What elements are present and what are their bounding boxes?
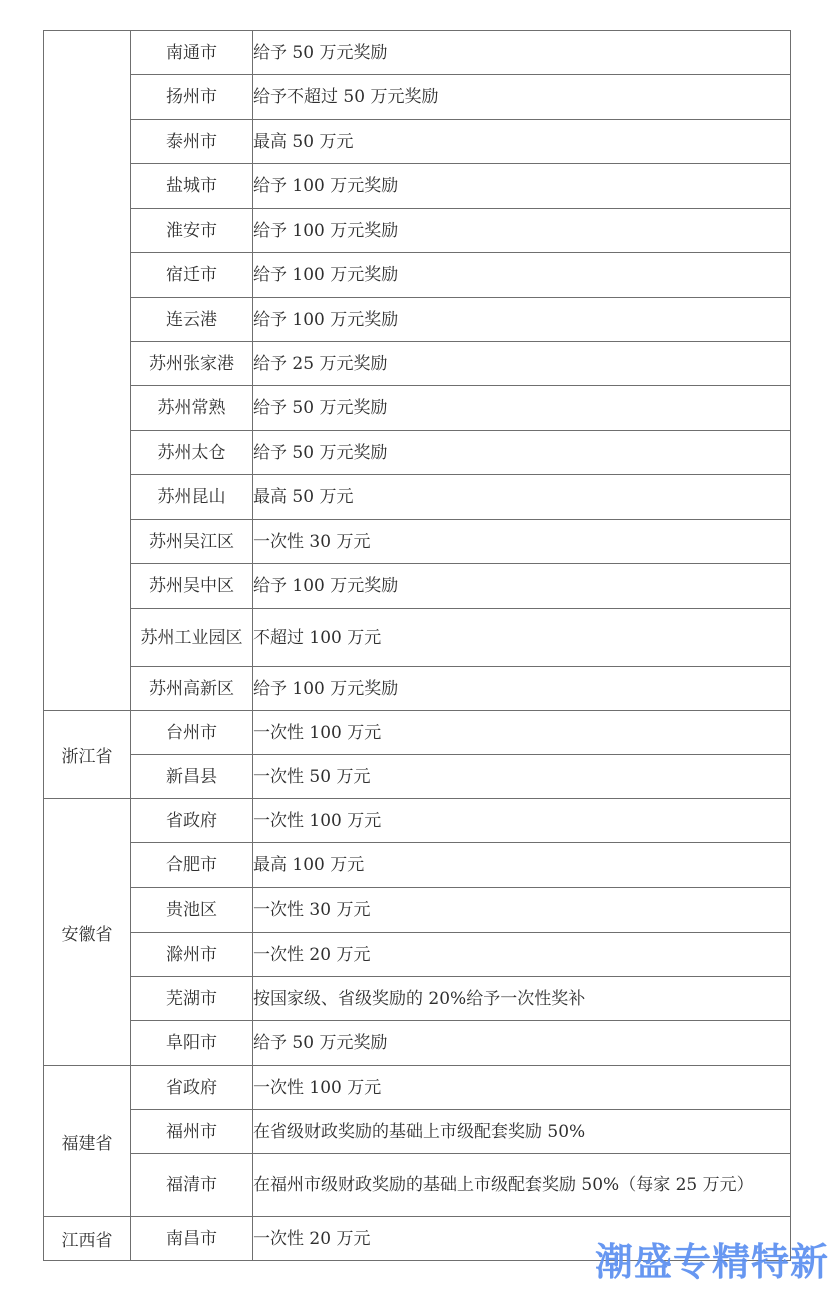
policy-cell: 在福州市级财政奖励的基础上市级配套奖励 50%（每家 25 万元） <box>253 1154 791 1217</box>
table-row: 苏州常熟给予 50 万元奖励 <box>44 386 791 431</box>
policy-cell: 给予 100 万元奖励 <box>253 667 791 711</box>
city-cell: 芜湖市 <box>131 977 253 1021</box>
city-cell: 滁州市 <box>131 933 253 977</box>
city-cell: 宿迁市 <box>131 253 253 298</box>
city-cell: 苏州张家港 <box>131 342 253 386</box>
policy-cell: 最高 50 万元 <box>253 120 791 164</box>
table-row: 贵池区一次性 30 万元 <box>44 888 791 933</box>
policy-cell: 不超过 100 万元 <box>253 609 791 667</box>
city-cell: 福清市 <box>131 1154 253 1217</box>
policy-cell: 给予 100 万元奖励 <box>253 209 791 253</box>
watermark: 潮盛专精特新 <box>595 1231 829 1286</box>
city-cell: 淮安市 <box>131 209 253 253</box>
city-cell: 南通市 <box>131 31 253 75</box>
province-cell: 浙江省 <box>44 711 131 799</box>
table-row: 苏州吴江区一次性 30 万元 <box>44 520 791 564</box>
policy-cell: 给予 50 万元奖励 <box>253 431 791 475</box>
table-row: 芜湖市按国家级、省级奖励的 20%给予一次性奖补 <box>44 977 791 1021</box>
policy-cell: 一次性 100 万元 <box>253 799 791 843</box>
city-cell: 苏州高新区 <box>131 667 253 711</box>
policy-cell: 一次性 100 万元 <box>253 1066 791 1110</box>
table-row: 新昌县一次性 50 万元 <box>44 755 791 799</box>
policy-cell: 一次性 30 万元 <box>253 520 791 564</box>
table-row: 安徽省省政府一次性 100 万元 <box>44 799 791 843</box>
city-cell: 阜阳市 <box>131 1021 253 1066</box>
policy-cell: 给予 100 万元奖励 <box>253 298 791 342</box>
province-cell: 安徽省 <box>44 799 131 1066</box>
policy-cell: 给予 100 万元奖励 <box>253 164 791 209</box>
table-row: 滁州市一次性 20 万元 <box>44 933 791 977</box>
policy-table: 南通市给予 50 万元奖励扬州市给予不超过 50 万元奖励泰州市最高 50 万元… <box>43 30 791 1261</box>
table-row: 福建省省政府一次性 100 万元 <box>44 1066 791 1110</box>
city-cell: 扬州市 <box>131 75 253 120</box>
table-row: 合肥市最高 100 万元 <box>44 843 791 888</box>
city-cell: 省政府 <box>131 1066 253 1110</box>
table-row: 阜阳市给予 50 万元奖励 <box>44 1021 791 1066</box>
policy-cell: 最高 50 万元 <box>253 475 791 520</box>
city-cell: 省政府 <box>131 799 253 843</box>
table-row: 苏州太仓给予 50 万元奖励 <box>44 431 791 475</box>
policy-cell: 最高 100 万元 <box>253 843 791 888</box>
city-cell: 苏州吴中区 <box>131 564 253 609</box>
table-row: 扬州市给予不超过 50 万元奖励 <box>44 75 791 120</box>
table-row: 苏州吴中区给予 100 万元奖励 <box>44 564 791 609</box>
city-cell: 苏州常熟 <box>131 386 253 431</box>
policy-cell: 一次性 100 万元 <box>253 711 791 755</box>
policy-cell: 给予 50 万元奖励 <box>253 386 791 431</box>
city-cell: 南昌市 <box>131 1217 253 1261</box>
policy-cell: 给予不超过 50 万元奖励 <box>253 75 791 120</box>
city-cell: 福州市 <box>131 1110 253 1154</box>
policy-cell: 一次性 30 万元 <box>253 888 791 933</box>
policy-table-body: 南通市给予 50 万元奖励扬州市给予不超过 50 万元奖励泰州市最高 50 万元… <box>44 31 791 1261</box>
policy-cell: 在省级财政奖励的基础上市级配套奖励 50% <box>253 1110 791 1154</box>
table-row: 盐城市给予 100 万元奖励 <box>44 164 791 209</box>
policy-cell: 一次性 50 万元 <box>253 755 791 799</box>
policy-cell: 给予 25 万元奖励 <box>253 342 791 386</box>
policy-cell: 按国家级、省级奖励的 20%给予一次性奖补 <box>253 977 791 1021</box>
city-cell: 贵池区 <box>131 888 253 933</box>
table-row: 苏州张家港给予 25 万元奖励 <box>44 342 791 386</box>
table-row: 苏州高新区给予 100 万元奖励 <box>44 667 791 711</box>
province-cell: 福建省 <box>44 1066 131 1217</box>
policy-cell: 给予 50 万元奖励 <box>253 31 791 75</box>
policy-cell: 给予 100 万元奖励 <box>253 564 791 609</box>
table-row: 淮安市给予 100 万元奖励 <box>44 209 791 253</box>
table-row: 福清市在福州市级财政奖励的基础上市级配套奖励 50%（每家 25 万元） <box>44 1154 791 1217</box>
table-row: 浙江省台州市一次性 100 万元 <box>44 711 791 755</box>
province-cell <box>44 31 131 711</box>
table-row: 苏州昆山最高 50 万元 <box>44 475 791 520</box>
city-cell: 连云港 <box>131 298 253 342</box>
city-cell: 苏州太仓 <box>131 431 253 475</box>
city-cell: 苏州工业园区 <box>131 609 253 667</box>
policy-cell: 一次性 20 万元 <box>253 933 791 977</box>
table-row: 南通市给予 50 万元奖励 <box>44 31 791 75</box>
policy-cell: 给予 100 万元奖励 <box>253 253 791 298</box>
city-cell: 新昌县 <box>131 755 253 799</box>
table-row: 宿迁市给予 100 万元奖励 <box>44 253 791 298</box>
city-cell: 苏州吴江区 <box>131 520 253 564</box>
table-row: 福州市在省级财政奖励的基础上市级配套奖励 50% <box>44 1110 791 1154</box>
table-row: 连云港给予 100 万元奖励 <box>44 298 791 342</box>
table-row: 泰州市最高 50 万元 <box>44 120 791 164</box>
city-cell: 盐城市 <box>131 164 253 209</box>
city-cell: 苏州昆山 <box>131 475 253 520</box>
city-cell: 台州市 <box>131 711 253 755</box>
province-cell: 江西省 <box>44 1217 131 1261</box>
policy-cell: 给予 50 万元奖励 <box>253 1021 791 1066</box>
city-cell: 合肥市 <box>131 843 253 888</box>
table-row: 苏州工业园区不超过 100 万元 <box>44 609 791 667</box>
city-cell: 泰州市 <box>131 120 253 164</box>
